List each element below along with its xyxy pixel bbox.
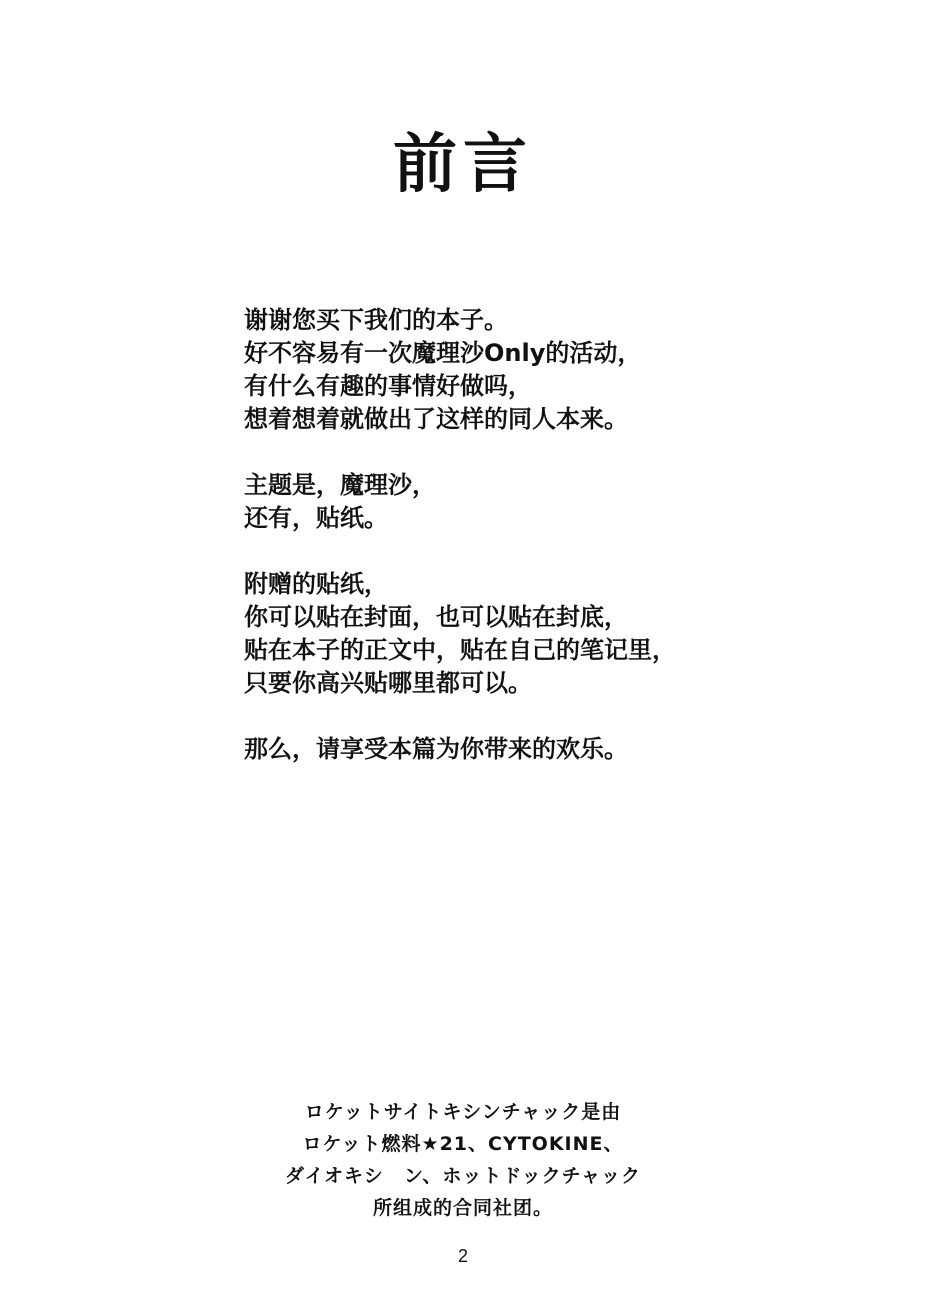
text-line: 谢谢您买下我们的本子。 bbox=[244, 304, 804, 337]
credits-line: ダイオキシ ン、ホットドックチャック bbox=[0, 1160, 926, 1192]
text-line: 想着想着就做出了这样的同人本来。 bbox=[244, 403, 804, 436]
text-line: 附赠的贴纸， bbox=[244, 568, 804, 601]
paragraph-theme: 主题是，魔理沙， 还有，贴纸。 bbox=[244, 469, 804, 535]
text-line: 还有，贴纸。 bbox=[244, 502, 804, 535]
text-line: 好不容易有一次魔理沙Only的活动， bbox=[244, 337, 804, 370]
page-title: 前言 bbox=[0, 127, 926, 203]
credits-line: ロケットサイトキシンチャック是由 bbox=[0, 1096, 926, 1128]
circle-credits: ロケットサイトキシンチャック是由 ロケット燃料★21、CYTOKINE、 ダイオ… bbox=[0, 1096, 926, 1224]
credits-line: ロケット燃料★21、CYTOKINE、 bbox=[0, 1128, 926, 1160]
credits-line: 所组成的合同社团。 bbox=[0, 1192, 926, 1224]
paragraph-thanks: 谢谢您买下我们的本子。 好不容易有一次魔理沙Only的活动， 有什么有趣的事情好… bbox=[244, 304, 804, 436]
paragraph-stickers: 附赠的贴纸， 你可以贴在封面，也可以贴在封底， 贴在本子的正文中，贴在自己的笔记… bbox=[244, 568, 804, 700]
text-line: 只要你高兴贴哪里都可以。 bbox=[244, 667, 804, 700]
text-line: 有什么有趣的事情好做吗， bbox=[244, 370, 804, 403]
text-line: 贴在本子的正文中，贴在自己的笔记里， bbox=[244, 634, 804, 667]
text-line: 主题是，魔理沙， bbox=[244, 469, 804, 502]
paragraph-closing: 那么，请享受本篇为你带来的欢乐。 bbox=[244, 733, 804, 766]
preface-body: 谢谢您买下我们的本子。 好不容易有一次魔理沙Only的活动， 有什么有趣的事情好… bbox=[244, 304, 804, 799]
text-line: 那么，请享受本篇为你带来的欢乐。 bbox=[244, 733, 804, 766]
page-number: 2 bbox=[0, 1246, 926, 1267]
text-line: 你可以贴在封面，也可以贴在封底， bbox=[244, 601, 804, 634]
